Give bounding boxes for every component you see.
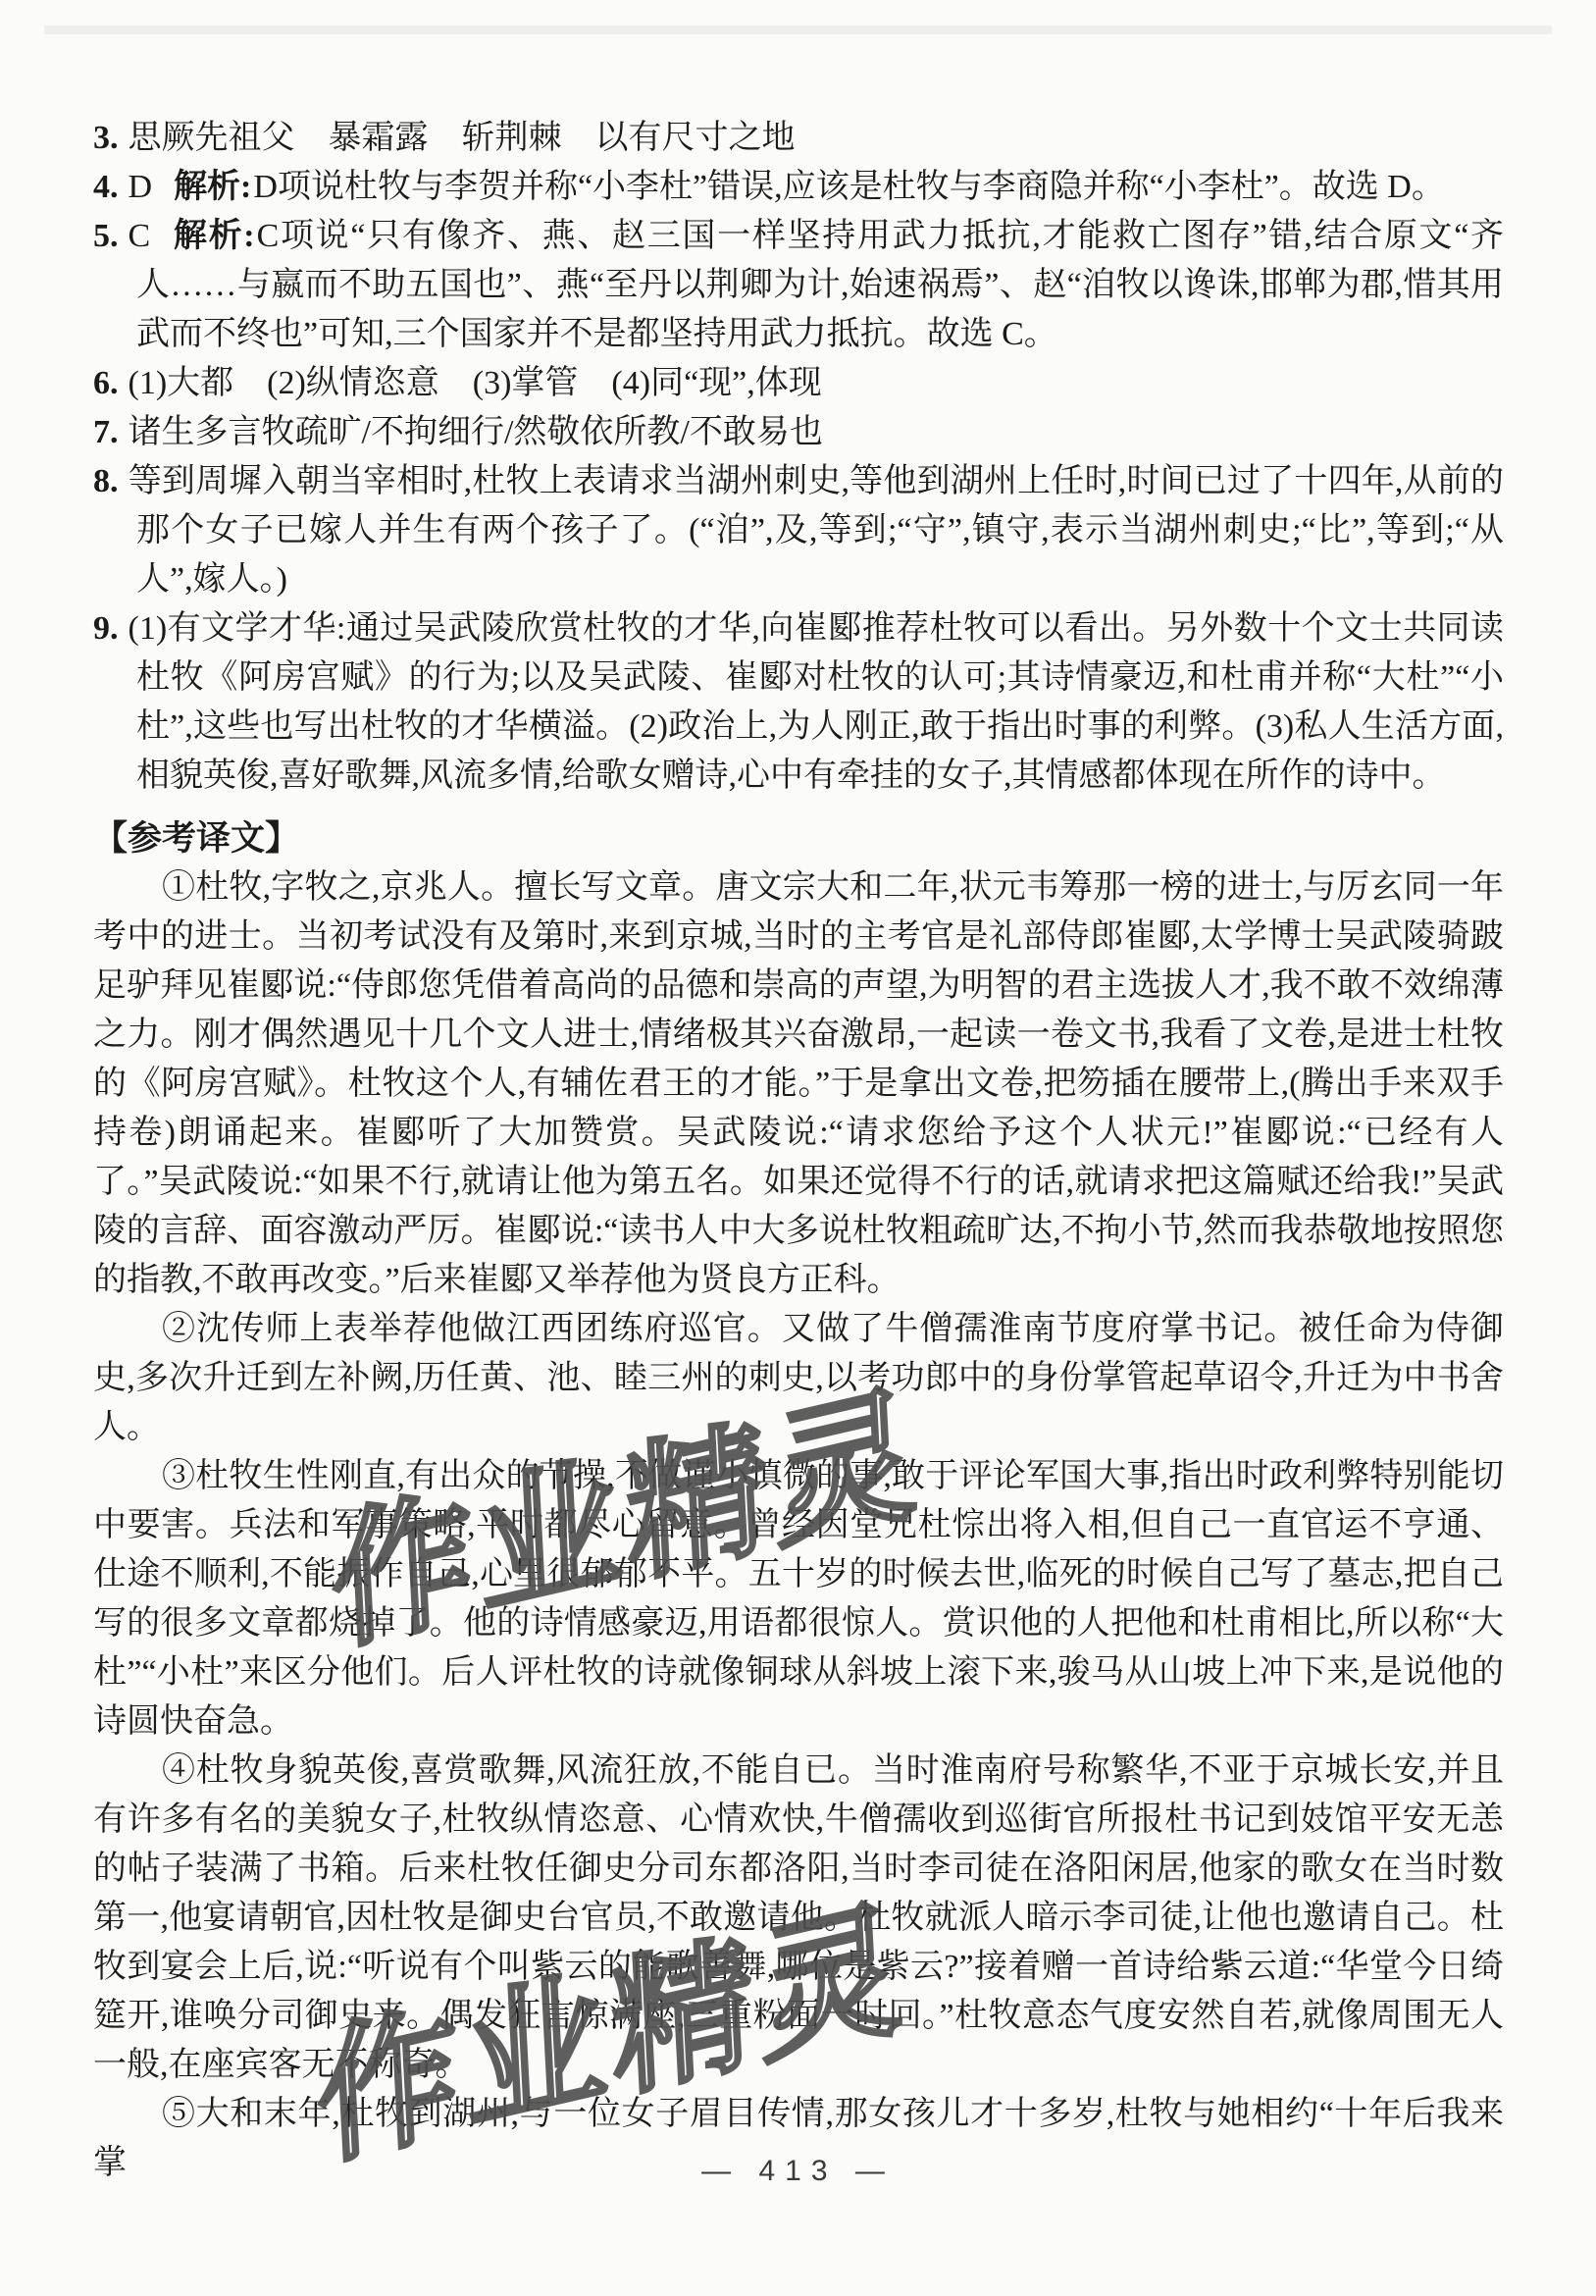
answer-text: (1)有文学才华:通过吴武陵欣赏杜牧的才华,向崔郾推荐杜牧可以看出。另外数十个文…	[129, 610, 1505, 794]
translation-section-header: 【参考译文】	[93, 814, 1504, 863]
answer-number: 7.	[93, 414, 119, 450]
answer-number: 4.	[93, 169, 119, 205]
answer-item-3: 3.思厥先祖父 暴霜露 斩荆棘 以有尺寸之地	[93, 114, 1504, 163]
translation-paragraph-1: ①杜牧,字牧之,京兆人。擅长写文章。唐文宗大和二年,状元韦筹那一榜的进士,与厉玄…	[93, 863, 1504, 1305]
analysis-label: 解析:	[172, 218, 254, 254]
answer-item-9: 9.(1)有文学才华:通过吴武陵欣赏杜牧的才华,向崔郾推荐杜牧可以看出。另外数十…	[93, 604, 1504, 801]
answer-item-4: 4.D解析:D项说杜牧与李贺并称“小李杜”错误,应该是杜牧与李商隐并称“小李杜”…	[93, 163, 1504, 212]
workbook-answer-page: 3.思厥先祖父 暴霜露 斩荆棘 以有尺寸之地 4.D解析:D项说杜牧与李贺并称“…	[0, 0, 1596, 2296]
answer-number: 5.	[93, 218, 119, 254]
answer-number: 8.	[93, 463, 119, 499]
answer-text: D项说杜牧与李贺并称“小李杜”错误,应该是杜牧与李商隐并称“小李杜”。故选 D。	[253, 169, 1444, 205]
page-top-edge	[44, 26, 1552, 34]
answer-text: (1)大都 (2)纵情恣意 (3)掌管 (4)同“现”,体现	[129, 365, 822, 401]
answer-number: 6.	[93, 365, 119, 401]
answer-choice: D	[129, 169, 153, 205]
answer-number: 9.	[93, 610, 119, 647]
answer-number: 3.	[93, 120, 119, 156]
translation-paragraph-2: ②沈传师上表举荐他做江西团练府巡官。又做了牛僧孺淮南节度府掌书记。被任命为侍御史…	[93, 1305, 1504, 1452]
answer-text: 诸生多言牧疏旷/不拘细行/然敬依所教/不敢易也	[129, 414, 823, 450]
page-number: — 413 —	[0, 2155, 1596, 2188]
answer-item-7: 7.诸生多言牧疏旷/不拘细行/然敬依所教/不敢易也	[93, 408, 1504, 457]
analysis-label: 解析:	[174, 169, 251, 205]
answer-text: C项说“只有像齐、燕、赵三国一样坚持用武力抵抗,才能救亡图存”错,结合原文“齐人…	[136, 218, 1504, 352]
answer-item-6: 6.(1)大都 (2)纵情恣意 (3)掌管 (4)同“现”,体现	[93, 359, 1504, 408]
answer-choice: C	[129, 218, 151, 254]
answer-item-8: 8.等到周墀入朝当宰相时,杜牧上表请求当湖州刺史,等他到湖州上任时,时间已过了十…	[93, 457, 1504, 604]
translation-paragraph-4: ④杜牧身貌英俊,喜赏歌舞,风流狂放,不能自已。当时淮南府号称繁华,不亚于京城长安…	[93, 1747, 1504, 2090]
page-content: 3.思厥先祖父 暴霜露 斩荆棘 以有尺寸之地 4.D解析:D项说杜牧与李贺并称“…	[93, 114, 1504, 2188]
translation-paragraph-3: ③杜牧生性刚直,有出众的节操,不做谨小慎微的事,敢于评论军国大事,指出时政利弊特…	[93, 1452, 1504, 1747]
answer-item-5: 5.C解析:C项说“只有像齐、燕、赵三国一样坚持用武力抵抗,才能救亡图存”错,结…	[93, 212, 1504, 359]
answer-text: 思厥先祖父 暴霜露 斩荆棘 以有尺寸之地	[129, 120, 796, 156]
answer-text: 等到周墀入朝当宰相时,杜牧上表请求当湖州刺史,等他到湖州上任时,时间已过了十四年…	[129, 463, 1505, 598]
